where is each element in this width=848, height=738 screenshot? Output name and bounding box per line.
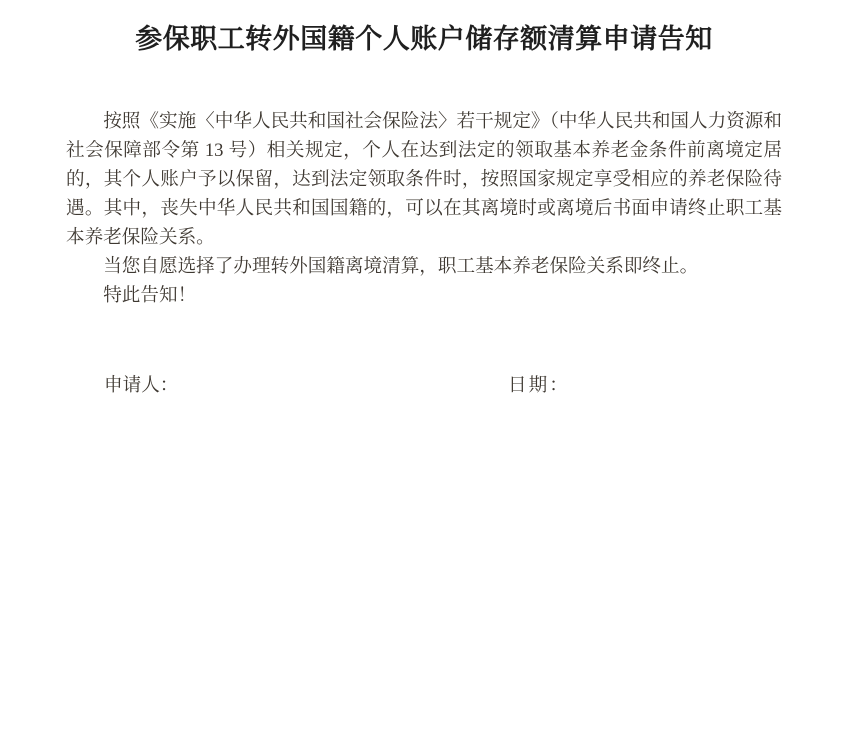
signature-row: 申请人： 日期： [66,371,782,400]
paragraph-regulation: 按照《实施〈中华人民共和国社会保险法〉若干规定》（中华人民共和国人力资源和社会保… [66,107,782,252]
paragraph-hereby-notice: 特此告知！ [66,281,782,310]
paragraph-voluntary-liquidation: 当您自愿选择了办理转外国籍离境清算，职工基本养老保险关系即终止。 [66,252,782,281]
document-page: 参保职工转外国籍个人账户储存额清算申请告知 按照《实施〈中华人民共和国社会保险法… [0,0,848,738]
date-label: 日期： [508,371,570,400]
document-body: 按照《实施〈中华人民共和国社会保险法〉若干规定》（中华人民共和国人力资源和社会保… [0,107,848,400]
applicant-label: 申请人： [104,371,178,400]
document-title: 参保职工转外国籍个人账户储存额清算申请告知 [0,0,848,55]
